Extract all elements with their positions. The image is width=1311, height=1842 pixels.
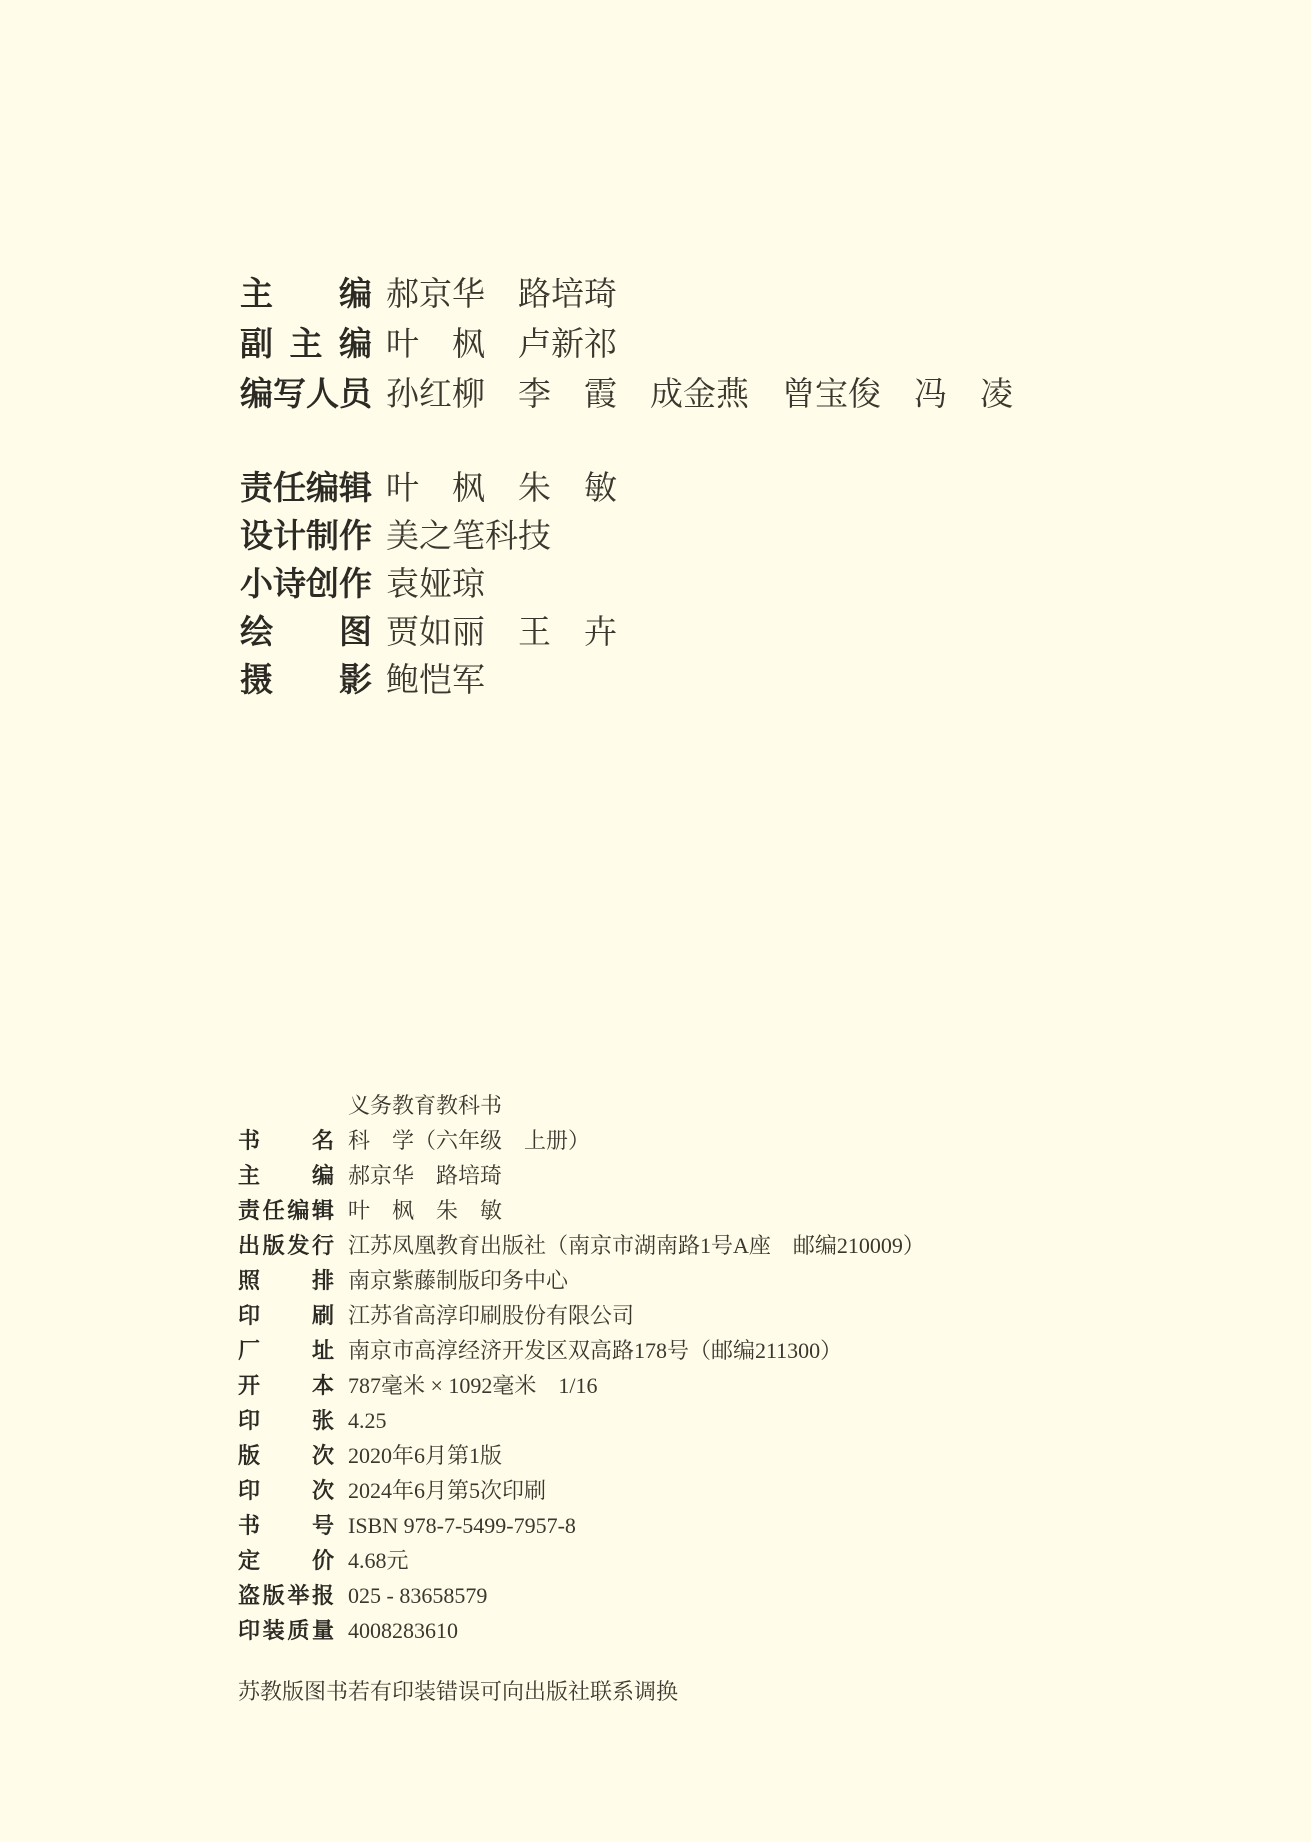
- colophon-value: 4008283610: [348, 1613, 458, 1648]
- colophon-label: 主编: [238, 1158, 334, 1193]
- colophon-value: 南京市高淳经济开发区双高路178号（邮编211300）: [348, 1333, 842, 1368]
- colophon-label: 盗版举报: [238, 1578, 334, 1613]
- credit-value: 袁娅琼: [386, 558, 485, 605]
- credit-label: 副主编: [240, 318, 372, 365]
- credit-row-deputy-editor: 副主编 叶 枫 卢新祁: [240, 318, 1013, 368]
- colophon-value: 江苏省高淳印刷股份有限公司: [348, 1298, 634, 1333]
- publication-info-block: 义务教育教科书 书名 科 学（六年级 上册） 主编 郝京华 路培琦 责任编辑 叶…: [238, 1088, 925, 1648]
- colophon-value: 叶 枫 朱 敏: [348, 1193, 502, 1228]
- colophon-label: 印装质量: [238, 1613, 334, 1648]
- colophon-value: 787毫米 × 1092毫米 1/16: [348, 1368, 598, 1403]
- colophon-row-factory-address: 厂址 南京市高淳经济开发区双高路178号（邮编211300）: [238, 1333, 925, 1368]
- credit-label: 设计制作: [240, 510, 372, 557]
- credit-value: 美之笔科技: [386, 510, 551, 557]
- colophon-value: 江苏凤凰教育出版社（南京市湖南路1号A座 邮编210009）: [348, 1228, 925, 1263]
- credit-label: 编写人员: [240, 368, 372, 415]
- colophon-label: 印刷: [238, 1298, 334, 1333]
- credit-label: 责任编辑: [240, 462, 372, 509]
- series-title: 义务教育教科书: [348, 1088, 925, 1123]
- colophon-row-impression: 印次 2024年6月第5次印刷: [238, 1473, 925, 1508]
- credit-value: 孙红柳 李 霞 成金燕 曾宝俊 冯 凌: [386, 368, 1013, 415]
- credit-value: 鲍恺军: [386, 654, 485, 701]
- colophon-row-piracy-hotline: 盗版举报 025 - 83658579: [238, 1578, 925, 1613]
- colophon-value: 郝京华 路培琦: [348, 1158, 502, 1193]
- credit-label: 摄影: [240, 654, 372, 701]
- credit-value: 叶 枫 卢新祁: [386, 318, 617, 365]
- colophon-label: 印张: [238, 1403, 334, 1438]
- colophon-value: 2024年6月第5次印刷: [348, 1473, 546, 1508]
- colophon-label: 照排: [238, 1263, 334, 1298]
- colophon-row-print-quality-hotline: 印装质量 4008283610: [238, 1613, 925, 1648]
- colophon-label: 定价: [238, 1543, 334, 1578]
- colophon-row-typesetting: 照排 南京紫藤制版印务中心: [238, 1263, 925, 1298]
- exchange-notice: 苏教版图书若有印装错误可向出版社联系调换: [238, 1675, 678, 1706]
- credit-label: 主编: [240, 268, 372, 315]
- colophon-row-printer: 印刷 江苏省高淳印刷股份有限公司: [238, 1298, 925, 1333]
- colophon-label: 印次: [238, 1473, 334, 1508]
- production-credits-block: 责任编辑 叶 枫 朱 敏 设计制作 美之笔科技 小诗创作 袁娅琼 绘图 贾如丽 …: [240, 462, 617, 702]
- colophon-label: 责任编辑: [238, 1193, 334, 1228]
- colophon-row-book-title: 书名 科 学（六年级 上册）: [238, 1123, 925, 1158]
- colophon-row-responsible-editor: 责任编辑 叶 枫 朱 敏: [238, 1193, 925, 1228]
- colophon-page: 主编 郝京华 路培琦 副主编 叶 枫 卢新祁 编写人员 孙红柳 李 霞 成金燕 …: [0, 0, 1311, 1842]
- colophon-label: 厂址: [238, 1333, 334, 1368]
- credit-row-photography: 摄影 鲍恺军: [240, 654, 617, 702]
- colophon-value: 科 学（六年级 上册）: [348, 1123, 590, 1158]
- colophon-value: ISBN 978-7-5499-7957-8: [348, 1508, 576, 1543]
- colophon-row-publisher: 出版发行 江苏凤凰教育出版社（南京市湖南路1号A座 邮编210009）: [238, 1228, 925, 1263]
- credit-value: 贾如丽 王 卉: [386, 606, 617, 653]
- credit-label: 小诗创作: [240, 558, 372, 605]
- colophon-row-chief-editor: 主编 郝京华 路培琦: [238, 1158, 925, 1193]
- colophon-row-format: 开本 787毫米 × 1092毫米 1/16: [238, 1368, 925, 1403]
- credit-row-poetry: 小诗创作 袁娅琼: [240, 558, 617, 606]
- colophon-row-sheets: 印张 4.25: [238, 1403, 925, 1438]
- colophon-value: 4.68元: [348, 1543, 409, 1578]
- colophon-value: 025 - 83658579: [348, 1578, 487, 1613]
- colophon-value: 南京紫藤制版印务中心: [348, 1263, 568, 1298]
- credit-row-writers: 编写人员 孙红柳 李 霞 成金燕 曾宝俊 冯 凌: [240, 368, 1013, 418]
- colophon-label: 书号: [238, 1508, 334, 1543]
- colophon-row-isbn: 书号 ISBN 978-7-5499-7957-8: [238, 1508, 925, 1543]
- credit-value: 郝京华 路培琦: [386, 268, 617, 315]
- credit-row-design: 设计制作 美之笔科技: [240, 510, 617, 558]
- credit-value: 叶 枫 朱 敏: [386, 462, 617, 509]
- editor-credits-block: 主编 郝京华 路培琦 副主编 叶 枫 卢新祁 编写人员 孙红柳 李 霞 成金燕 …: [240, 268, 1013, 418]
- colophon-value: 2020年6月第1版: [348, 1438, 502, 1473]
- colophon-label: 开本: [238, 1368, 334, 1403]
- colophon-value: 4.25: [348, 1403, 387, 1438]
- colophon-row-price: 定价 4.68元: [238, 1543, 925, 1578]
- credit-row-responsible-editor: 责任编辑 叶 枫 朱 敏: [240, 462, 617, 510]
- colophon-label: 书名: [238, 1123, 334, 1158]
- colophon-label: 版次: [238, 1438, 334, 1473]
- colophon-label: 出版发行: [238, 1228, 334, 1263]
- credit-row-illustration: 绘图 贾如丽 王 卉: [240, 606, 617, 654]
- colophon-row-edition: 版次 2020年6月第1版: [238, 1438, 925, 1473]
- credit-row-chief-editor: 主编 郝京华 路培琦: [240, 268, 1013, 318]
- credit-label: 绘图: [240, 606, 372, 653]
